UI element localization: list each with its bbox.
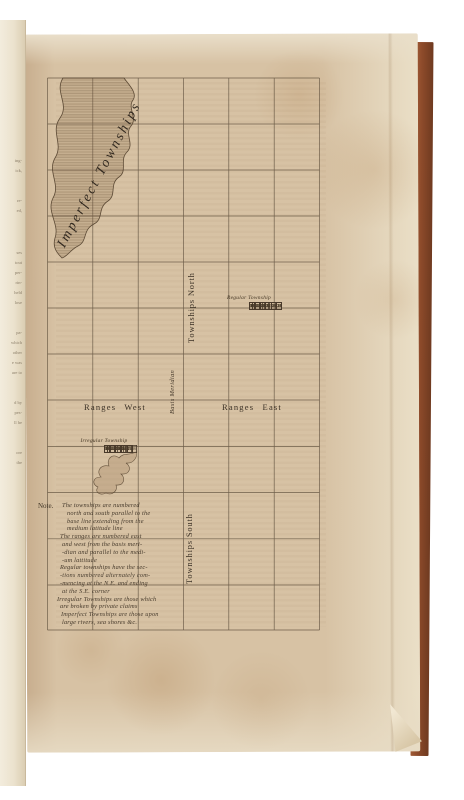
regular-township-table: Regular Township 65432178910111218171615… [226, 295, 272, 302]
verso-page-edge: ing- ick, re- ed, ses tout per- rin- hel… [0, 20, 26, 786]
note-line: and west from the basis meri- [62, 541, 142, 548]
note-line: -dian and parallel to the medi- [62, 549, 146, 556]
verso-text-fragment: ick, [15, 168, 22, 173]
verso-text-fragment: ing- [15, 158, 22, 163]
townships-north-label: Townships North [186, 264, 199, 352]
verso-text-fragment: lose [15, 300, 22, 305]
note-line: The ranges are numbered east [60, 533, 142, 540]
regular-township-title: Regular Township [226, 295, 272, 301]
verso-text-fragment: rin- [16, 280, 23, 285]
note-line: north and south parallel to the [67, 510, 150, 517]
note-line: large rivers, sea shores &c. [62, 619, 137, 626]
page [25, 33, 421, 752]
note-line: -um lattitude [62, 557, 97, 564]
note-line: Imperfect Townships are those upon [61, 611, 159, 618]
verso-text-fragment: the [17, 460, 23, 465]
note-line: The townships are numbered [62, 502, 140, 509]
verso-text-fragment: are to [12, 370, 22, 375]
verso-text-fragment: per- [15, 270, 22, 275]
verso-text-fragment: ed, [17, 208, 22, 213]
basis-meridian-label: Basis Meridian [169, 357, 181, 427]
ranges-west-label: Ranges West [68, 402, 162, 412]
verso-text-fragment: d by [14, 400, 22, 405]
note-line: Irregular Townships are those which [57, 596, 156, 603]
note-line: base line extending from the [67, 518, 144, 525]
section-cell: 36 [131, 446, 136, 453]
verso-text-fragment: pa- [16, 330, 22, 335]
verso-text-fragment: re- [17, 198, 22, 203]
note-line: medium latitude line [67, 525, 123, 532]
section-cell: 36 [276, 303, 281, 310]
verso-text-fragment: ore [16, 450, 22, 455]
note-line: are broken by private claims [60, 603, 138, 610]
note-label: Note. [38, 502, 53, 510]
townships-south-label: Townships South [184, 503, 197, 595]
note-line: -tions numbered alternately com- [60, 572, 150, 579]
verso-text-fragment: e was [12, 360, 22, 365]
verso-text-fragment: other [13, 350, 22, 355]
book-photo: ing- ick, re- ed, ses tout per- rin- hel… [0, 0, 464, 800]
verso-text-fragment: ses [17, 250, 23, 255]
note-line: -mencing at the N.E. and ending [60, 580, 148, 587]
verso-text-fragment: ll he [14, 420, 22, 425]
verso-text-fragment: tout [15, 260, 22, 265]
note-line: at the S.E. corner [62, 588, 110, 595]
ranges-east-label: Ranges East [205, 402, 299, 412]
irregular-township-table: Irregular Township 654321789111218171614… [79, 438, 129, 445]
note-line: Regular townships have the sec- [60, 564, 148, 571]
verso-text-fragment: which [11, 340, 22, 345]
verso-text-fragment: pes- [15, 410, 23, 415]
verso-text-fragment: held [14, 290, 22, 295]
irregular-township-title: Irregular Township [79, 438, 129, 444]
